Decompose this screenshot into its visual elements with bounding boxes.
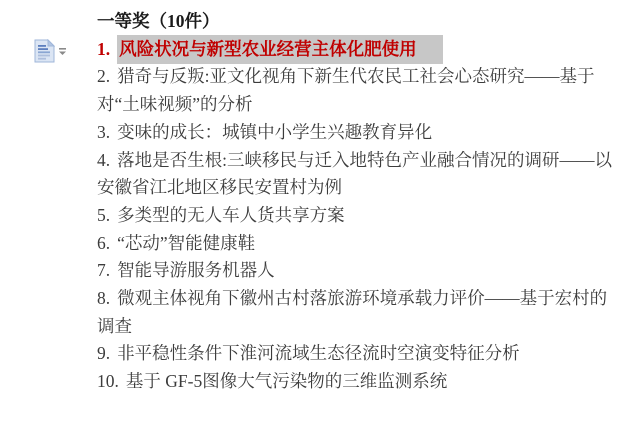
item-text: 多类型的无人车人货共享方案 [117,205,345,225]
list-item-4: 4.落地是否生根:三峡移民与迁入地特色产业融合情况的调研——以安徽省江北地区移民… [97,147,615,202]
item-number: 5. [97,205,110,225]
list-item-6: 6.“芯动”智能健康鞋 [97,230,615,258]
item-text: “芯动”智能健康鞋 [117,233,255,253]
list-item-1: 1.风险状况与新型农业经营主体化肥使用 [97,36,615,64]
item-text: 基于 GF-5图像大气污染物的三维监测系统 [126,371,447,391]
item-text: 非平稳性条件下淮河流域生态径流时空演变特征分析 [117,343,520,363]
prize-heading: 一等奖（10件） [97,8,615,36]
item-text: 微观主体视角下徽州古村落旅游环境承载力评价——基于宏村的调查 [97,288,607,336]
item-text: 智能导游服务机器人 [117,260,275,280]
item-text: 落地是否生根:三峡移民与迁入地特色产业融合情况的调研——以安徽省江北地区移民安置… [97,150,612,198]
item-number: 7. [97,260,110,280]
item-text: 猎奇与反叛:亚文化视角下新生代农民工社会心态研究——基于对“土味视频”的分析 [97,66,595,114]
paste-options-button[interactable] [34,39,67,63]
item-text: 变味的成长：城镇中小学生兴趣教育异化 [117,122,432,142]
document-body: 一等奖（10件） 1.风险状况与新型农业经营主体化肥使用 2.猎奇与反叛:亚文化… [97,8,615,396]
item-text-highlighted: 风险状况与新型农业经营主体化肥使用 [117,35,443,64]
item-number: 1. [97,39,110,59]
item-number: 4. [97,150,110,170]
list-item-7: 7.智能导游服务机器人 [97,257,615,285]
list-item-9: 9.非平稳性条件下淮河流域生态径流时空演变特征分析 [97,340,615,368]
list-item-5: 5.多类型的无人车人货共享方案 [97,202,615,230]
item-number: 9. [97,343,110,363]
item-number: 3. [97,122,110,142]
item-number: 10. [97,371,119,391]
item-number: 6. [97,233,110,253]
paste-options-icon [34,39,55,63]
list-item-2: 2.猎奇与反叛:亚文化视角下新生代农民工社会心态研究——基于对“土味视频”的分析 [97,63,615,118]
list-item-3: 3.变味的成长：城镇中小学生兴趣教育异化 [97,119,615,147]
item-number: 2. [97,66,110,86]
item-number: 8. [97,288,110,308]
list-item-10: 10.基于 GF-5图像大气污染物的三维监测系统 [97,368,615,396]
list-item-8: 8.微观主体视角下徽州古村落旅游环境承载力评价——基于宏村的调查 [97,285,615,340]
chevron-down-icon [58,47,67,56]
